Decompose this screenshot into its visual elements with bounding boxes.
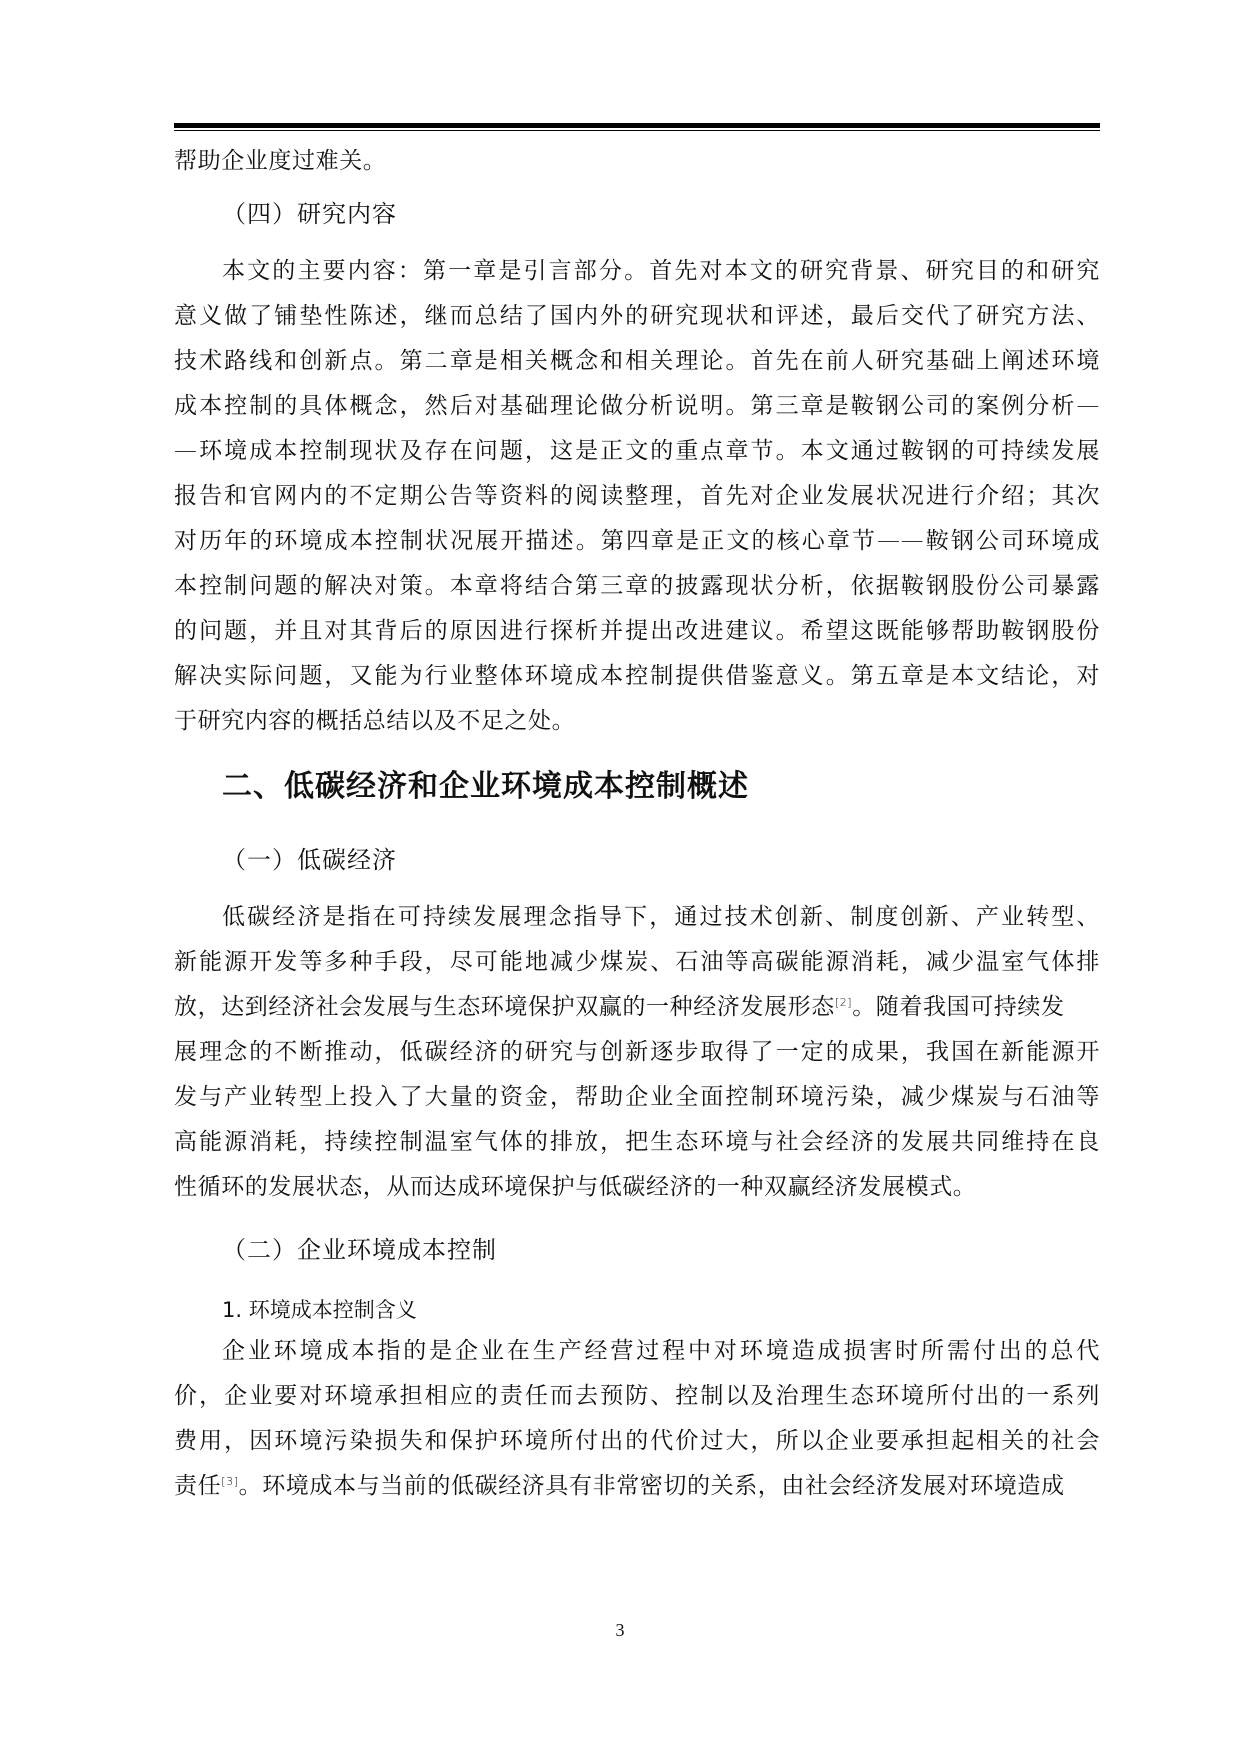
paragraph-line: 报告和官网内的不定期公告等资料的阅读整理，首先对企业发展状况进行介绍；其次	[174, 481, 1100, 511]
paragraph-line: 本控制问题的解决对策。本章将结合第三章的披露现状分析，依据鞍钢股份公司暴露	[174, 571, 1100, 601]
paragraph-line: 费用，因环境污染损失和保护环境所付出的代价过大，所以企业要承担起相关的社会	[174, 1426, 1100, 1456]
paragraph-text: 。环境成本与当前的低碳经济具有非常密切的关系，由社会经济发展对环境造成	[239, 1473, 1065, 1499]
header-rule-thin	[174, 130, 1100, 131]
paragraph-line: 技术路线和创新点。第二章是相关概念和相关理论。首先在前人研究基础上阐述环境	[174, 346, 1100, 376]
document-page: 帮助企业度过难关。 （四）研究内容 本文的主要内容：第一章是引言部分。首先对本文…	[0, 0, 1240, 1754]
section-heading-research-content: （四）研究内容	[222, 198, 397, 230]
citation-ref[interactable]: [2]	[835, 996, 852, 1009]
paragraph-line: 发与产业转型上投入了大量的资金，帮助企业全面控制环境污染，减少煤炭与石油等	[174, 1082, 1100, 1112]
section-heading-low-carbon-economy: （一）低碳经济	[222, 844, 397, 876]
page-number: 3	[0, 1620, 1240, 1641]
header-rule-thick	[174, 123, 1100, 128]
paragraph-line-with-citation: 放，达到经济社会发展与生态环境保护双赢的一种经济发展形态[2]。随着我国可持续发	[174, 992, 1100, 1022]
paragraph-line: 展理念的不断推动，低碳经济的研究与创新逐步取得了一定的成果，我国在新能源开	[174, 1037, 1100, 1067]
paragraph-text: 放，达到经济社会发展与生态环境保护双赢的一种经济发展形态	[174, 994, 835, 1020]
subsection-heading: 1. 环境成本控制含义	[222, 1296, 417, 1324]
section-heading-environmental-cost-control: （二）企业环境成本控制	[222, 1234, 497, 1266]
paragraph-line: 解决实际问题，又能为行业整体环境成本控制提供借鉴意义。第五章是本文结论，对	[174, 661, 1100, 691]
paragraph-line: 低碳经济是指在可持续发展理念指导下，通过技术创新、制度创新、产业转型、	[222, 902, 1100, 932]
paragraph-line: 对历年的环境成本控制状况展开描述。第四章是正文的核心章节——鞍钢公司环境成	[174, 526, 1100, 556]
paragraph-text: 。随着我国可持续发	[852, 994, 1064, 1020]
paragraph-line: —环境成本控制现状及存在问题，这是正文的重点章节。本文通过鞍钢的可持续发展	[174, 436, 1100, 466]
paragraph-line: 于研究内容的概括总结以及不足之处。	[174, 706, 1100, 736]
citation-ref[interactable]: [3]	[221, 1475, 238, 1488]
paragraph-line: 高能源消耗，持续控制温室气体的排放，把生态环境与社会经济的发展共同维持在良	[174, 1127, 1100, 1157]
paragraph-line: 的问题，并且对其背后的原因进行探析并提出改进建议。希望这既能够帮助鞍钢股份	[174, 616, 1100, 646]
paragraph-line-with-citation: 责任[3]。环境成本与当前的低碳经济具有非常密切的关系，由社会经济发展对环境造成	[174, 1471, 1100, 1501]
paragraph-line: 价，企业要对环境承担相应的责任而去预防、控制以及治理生态环境所付出的一系列	[174, 1381, 1100, 1411]
continuation-text: 帮助企业度过难关。	[174, 146, 1100, 176]
paragraph-line: 企业环境成本指的是企业在生产经营过程中对环境造成损害时所需付出的总代	[222, 1336, 1100, 1366]
chapter-heading: 二、低碳经济和企业环境成本控制概述	[222, 768, 749, 806]
paragraph-line: 成本控制的具体概念，然后对基础理论做分析说明。第三章是鞍钢公司的案例分析—	[174, 391, 1100, 421]
paragraph-line: 新能源开发等多种手段，尽可能地减少煤炭、石油等高碳能源消耗，减少温室气体排	[174, 947, 1100, 977]
paragraph-line: 性循环的发展状态，从而达成环境保护与低碳经济的一种双赢经济发展模式。	[174, 1172, 1100, 1202]
paragraph-line: 本文的主要内容：第一章是引言部分。首先对本文的研究背景、研究目的和研究	[222, 256, 1100, 286]
paragraph-line: 意义做了铺垫性陈述，继而总结了国内外的研究现状和评述，最后交代了研究方法、	[174, 301, 1100, 331]
paragraph-text: 责任	[174, 1473, 221, 1499]
